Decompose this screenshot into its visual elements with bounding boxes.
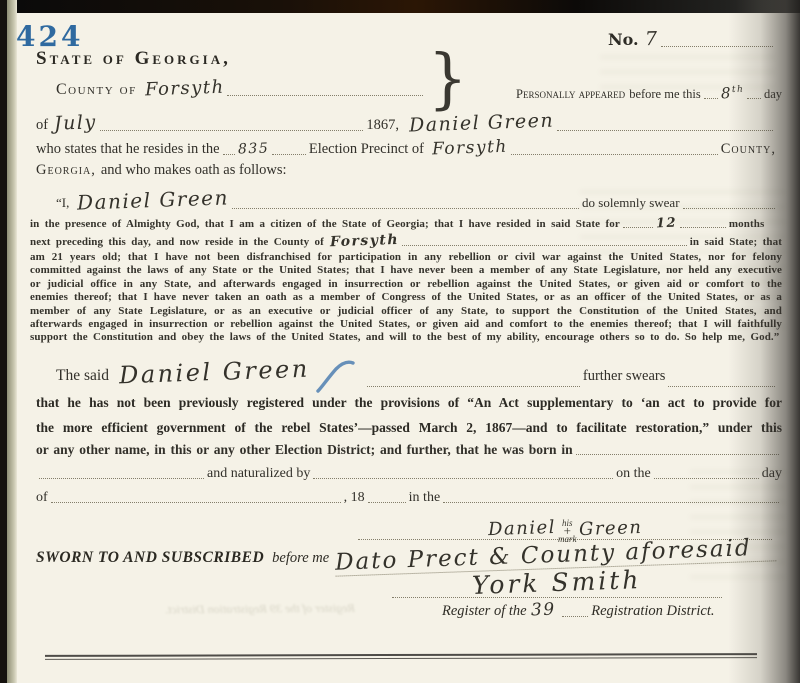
dotted-line	[367, 386, 580, 387]
dotted-line	[562, 616, 588, 617]
solemnly-swear-label: do solemnly swear	[582, 195, 679, 211]
dotted-line	[368, 502, 406, 503]
georgia-word: Georgia,	[36, 162, 96, 179]
in-the-label: in the	[409, 490, 441, 506]
dotted-line	[227, 95, 423, 96]
sworn-subscribed-label: SWORN TO AND SUBSCRIBED	[36, 549, 264, 567]
naturalized-label: and naturalized by	[207, 466, 310, 482]
fine2-text: next preceding this day, and now reside …	[30, 236, 324, 248]
fine1-text: in the presence of Almighty God, that I …	[30, 218, 620, 230]
register-of-label: Register of the	[442, 603, 527, 620]
dotted-line	[402, 245, 687, 246]
months-value-handwritten: 12	[656, 216, 678, 232]
dotted-line	[680, 227, 726, 228]
county-value-handwritten: Forsyth	[144, 77, 224, 101]
naturalized-row: and naturalized by on the day	[36, 466, 782, 482]
brace-glyph: }	[428, 40, 467, 117]
month-value-handwritten: July	[54, 111, 97, 134]
dotted-line	[704, 98, 718, 99]
dotted-line	[39, 478, 204, 479]
check-mark-icon	[312, 360, 358, 394]
state-heading: State of Georgia,	[36, 48, 231, 70]
oath-follows-label: and who makes oath as follows:	[101, 162, 287, 179]
dotted-line	[511, 154, 718, 155]
the-said-label: The said	[56, 367, 109, 385]
resides-label: who states that he resides in the	[36, 141, 220, 158]
his-mark-stack: his + mark	[558, 519, 577, 543]
oath-name-handwritten: Daniel Green	[77, 185, 230, 214]
of-label: of	[36, 117, 48, 134]
county-row: County of Forsyth	[56, 78, 426, 99]
precinct-county-handwritten: Forsyth	[432, 137, 508, 160]
residence-row: who states that he resides in the 835 El…	[36, 138, 776, 158]
personally-appeared-label: Personally appeared	[516, 87, 625, 102]
registration-district-label: Registration District.	[591, 603, 714, 620]
oath-fine-line1: in the presence of Almighty God, that I …	[30, 216, 782, 231]
date-name-row: of July 1867, Daniel Green	[36, 112, 776, 134]
of-word: of	[36, 490, 48, 506]
further-name-handwritten: Daniel Green	[119, 355, 311, 390]
form-number-label: No.	[608, 30, 639, 49]
dotted-line	[232, 208, 579, 209]
further-swears-row: The said Daniel Green further swears	[56, 358, 778, 390]
page-left-edge	[7, 0, 17, 683]
dotted-line	[100, 130, 364, 131]
form-separator-rule	[45, 653, 757, 660]
born-in-text: or any other name, in this or any other …	[36, 442, 573, 458]
precinct-label: Election Precinct of	[309, 141, 424, 158]
year-label: 1867,	[366, 117, 399, 134]
scan-top-border	[0, 0, 800, 13]
georgia-oath-row: Georgia, and who makes oath as follows:	[36, 162, 287, 179]
before-me-this-label: before me this	[629, 87, 701, 102]
dotted-line	[272, 154, 306, 155]
registrar-signature-row: York Smith	[392, 568, 722, 598]
oath-body-paragraph: am 21 years old; that I have not been di…	[30, 251, 782, 345]
dotted-line	[51, 502, 341, 503]
bleed-through-text: Register of the 39 Registration District…	[55, 601, 355, 619]
oath-opening-row: “I, Daniel Green do solemnly swear	[56, 188, 778, 212]
scanned-document-page: Register of the 39 Registration District…	[0, 0, 800, 683]
form-number-value: 7	[644, 28, 658, 50]
registrant-name-handwritten: Daniel Green	[409, 109, 555, 136]
further-swears-label: further swears	[583, 368, 666, 385]
oath-fine-line2: next preceding this day, and now reside …	[30, 233, 782, 249]
dotted-line	[623, 227, 653, 228]
oath-i-label: “I,	[56, 195, 69, 211]
page-gutter-shadow	[728, 0, 800, 683]
precinct-number-handwritten: 835	[237, 140, 269, 157]
registrant-signature-first: Daniel	[488, 517, 557, 540]
registrar-signature-handwritten: York Smith	[472, 565, 642, 600]
district-number-handwritten: 39	[530, 600, 555, 621]
dotted-line	[313, 478, 613, 479]
scan-left-border	[0, 0, 7, 683]
county-label: County of	[56, 81, 137, 99]
act-paragraph-line2: the more efficient government of the reb…	[36, 420, 782, 436]
fine2-county-handwritten: Forsyth	[330, 232, 400, 250]
act-paragraph-line1: that he has not been previously register…	[36, 395, 782, 411]
act-paragraph-line3: or any other name, in this or any other …	[36, 442, 782, 458]
on-the-label: on the	[616, 466, 651, 482]
eighteen-label: , 18	[344, 490, 365, 506]
dotted-line	[223, 154, 235, 155]
of-18-row: of , 18 in the	[36, 490, 782, 506]
registrant-signature-last: Green	[578, 517, 642, 540]
before-me-label: before me	[272, 550, 329, 567]
